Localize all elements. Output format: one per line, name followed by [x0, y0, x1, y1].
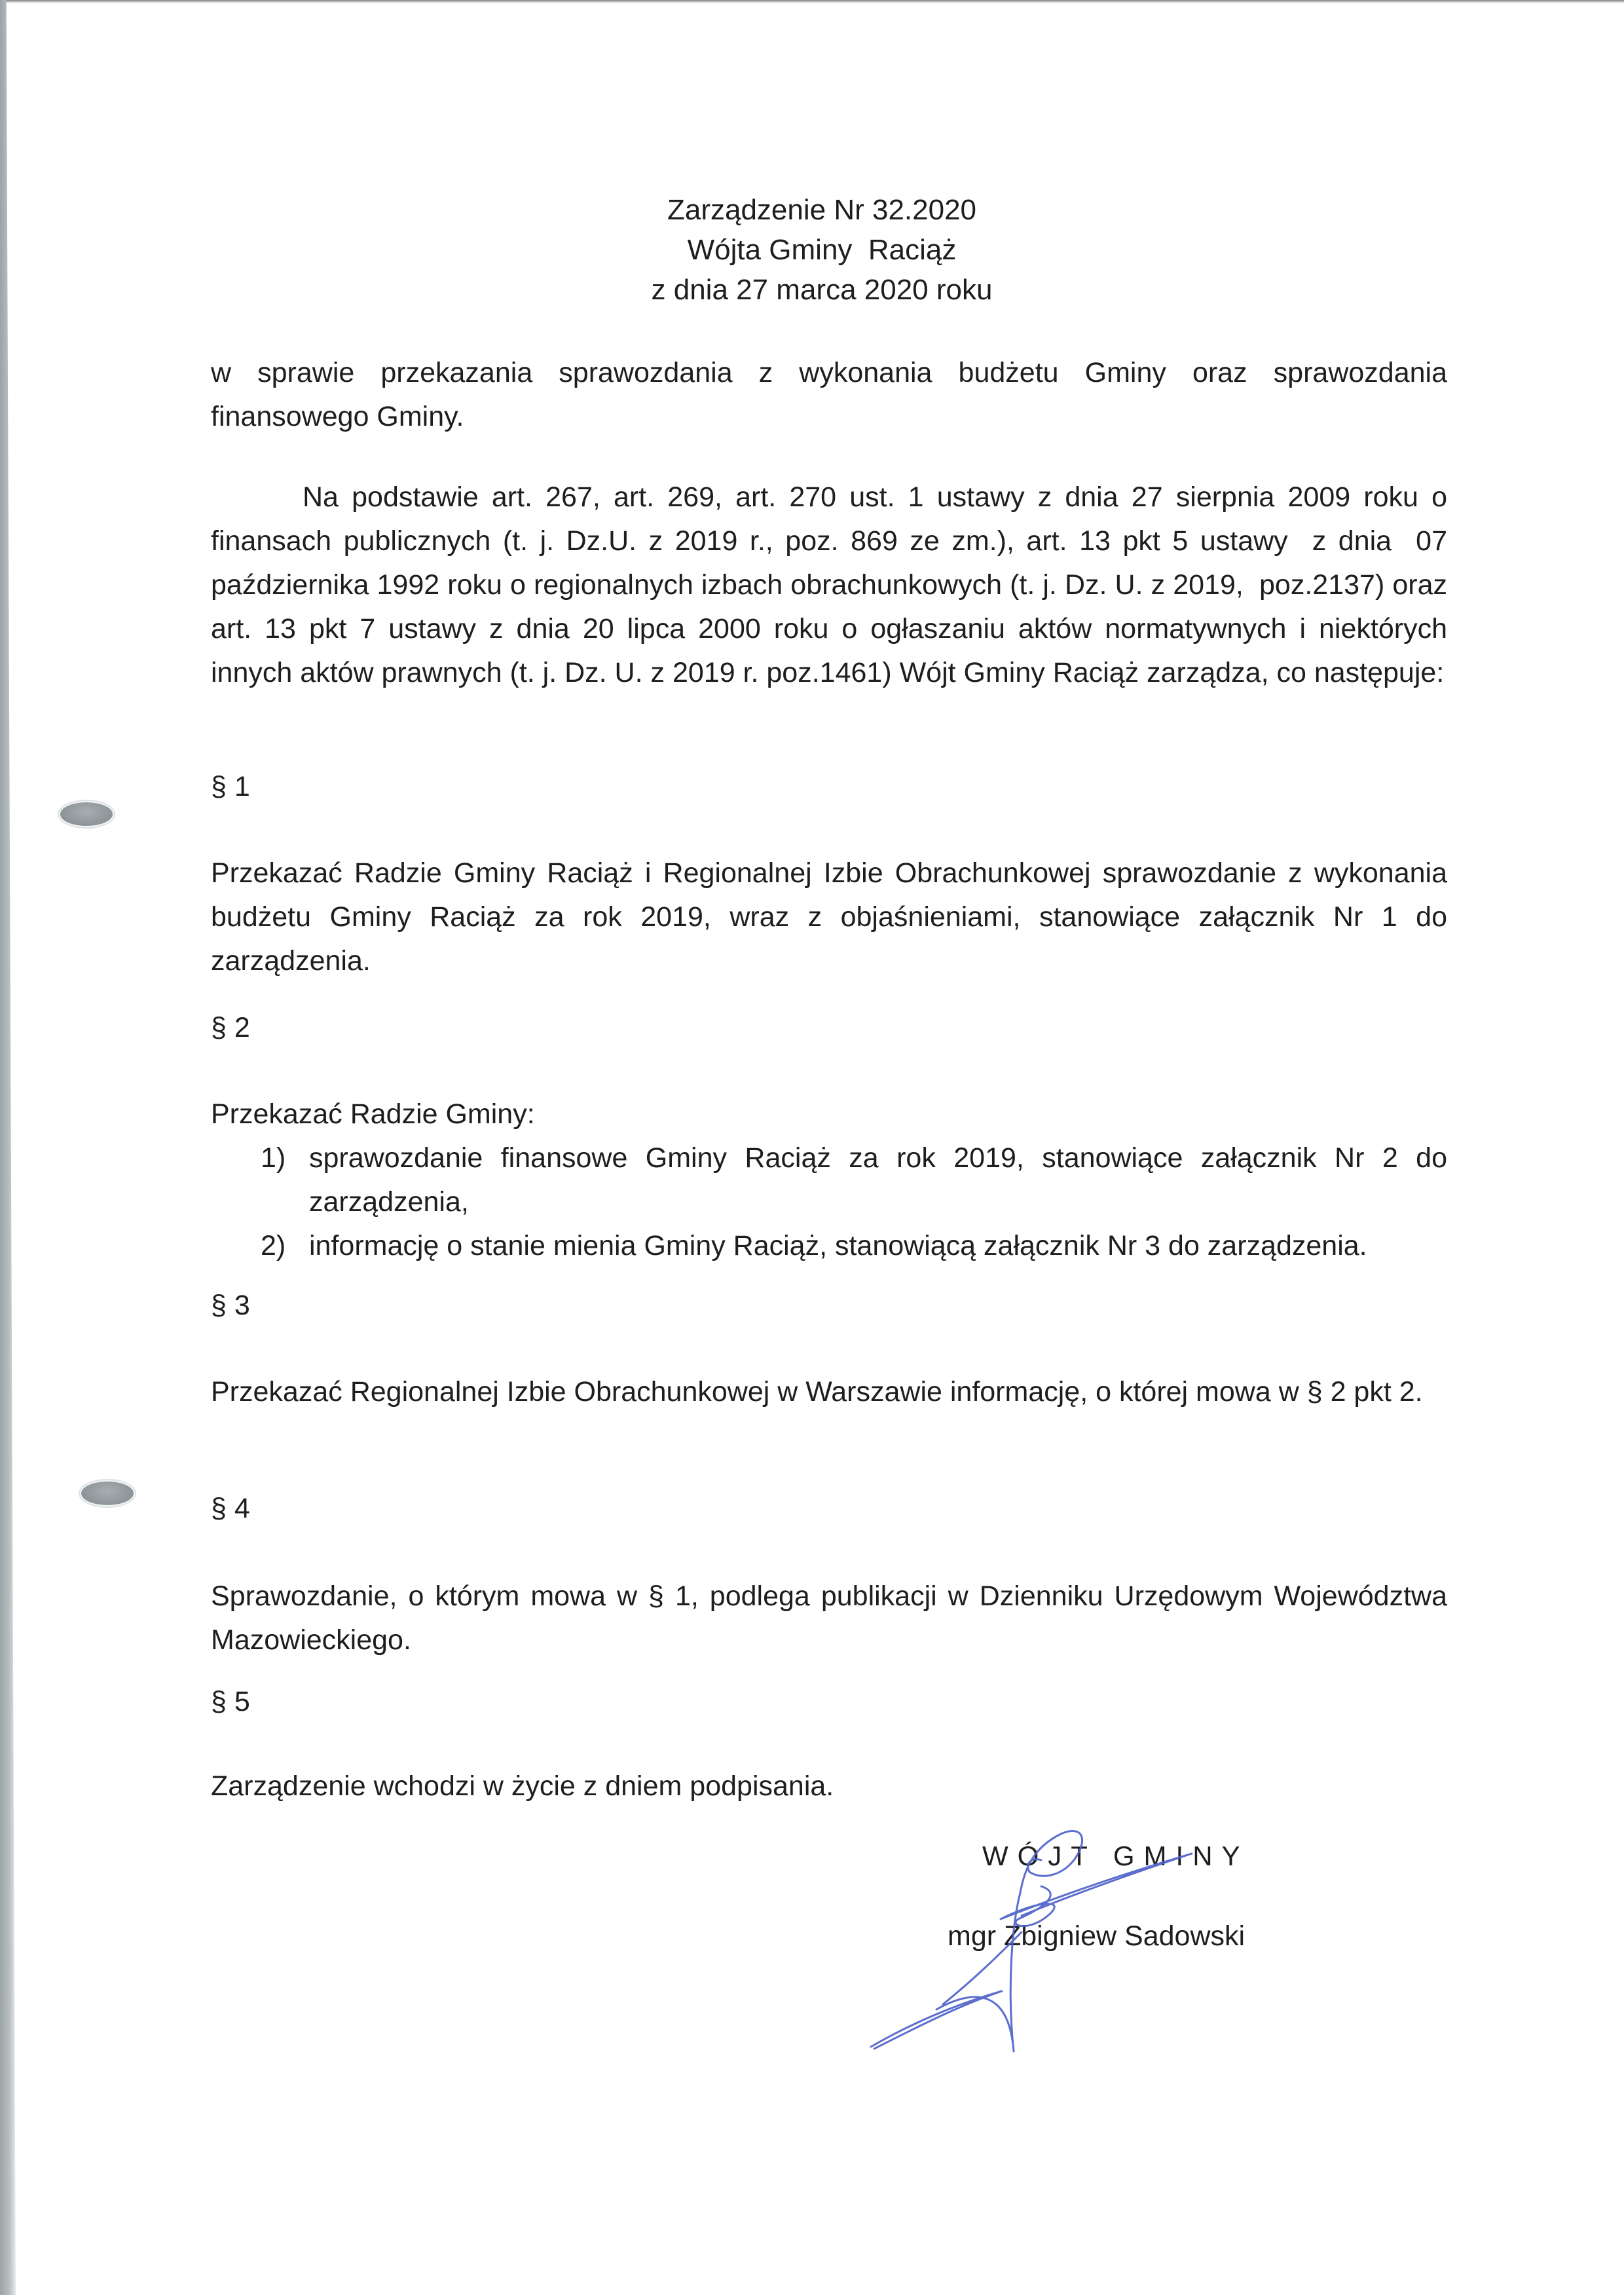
list-item-number: 2) — [261, 1224, 286, 1268]
section-4-text: Sprawozdanie, o którym mowa w § 1, podle… — [211, 1575, 1447, 1662]
section-1-text: Przekazać Radzie Gminy Raciąż i Regional… — [211, 851, 1447, 983]
document-date: z dnia 27 marca 2020 roku — [0, 270, 1624, 310]
punch-hole-top — [60, 802, 113, 826]
section-5-sign: § 5 — [211, 1680, 250, 1724]
section-2-sign: § 2 — [211, 1006, 250, 1050]
section-4-sign: § 4 — [211, 1487, 250, 1531]
preamble-paragraph: Na podstawie art. 267, art. 269, art. 27… — [211, 476, 1447, 695]
document-issuer: Wójta Gminy Raciąż — [0, 230, 1624, 270]
document-subject: w sprawie przekazania sprawozdania z wyk… — [211, 351, 1447, 439]
scan-edge-left — [0, 0, 16, 2295]
section-1-sign: § 1 — [211, 765, 250, 809]
section-2-text: Przekazać Radzie Gminy: — [211, 1092, 1447, 1136]
list-item-text: sprawozdanie finansowe Gminy Raciąż za r… — [309, 1142, 1455, 1218]
section-2-list: 1) sprawozdanie finansowe Gminy Raciąż z… — [211, 1136, 1447, 1268]
list-item: 1) sprawozdanie finansowe Gminy Raciąż z… — [211, 1136, 1447, 1224]
document-title: Zarządzenie Nr 32.2020 — [0, 190, 1624, 230]
punch-hole-bottom — [81, 1482, 134, 1505]
handwritten-signature-icon — [851, 1795, 1342, 2070]
list-item-number: 1) — [261, 1136, 286, 1180]
list-item: 2) informację o stanie mienia Gminy Raci… — [211, 1224, 1447, 1268]
list-item-text: informację o stanie mienia Gminy Raciąż,… — [309, 1230, 1367, 1261]
scan-edge-top — [0, 0, 1624, 3]
document-header: Zarządzenie Nr 32.2020 Wójta Gminy Racią… — [0, 190, 1624, 310]
section-3-text: Przekazać Regionalnej Izbie Obrachunkowe… — [211, 1370, 1447, 1414]
section-3-sign: § 3 — [211, 1284, 250, 1328]
